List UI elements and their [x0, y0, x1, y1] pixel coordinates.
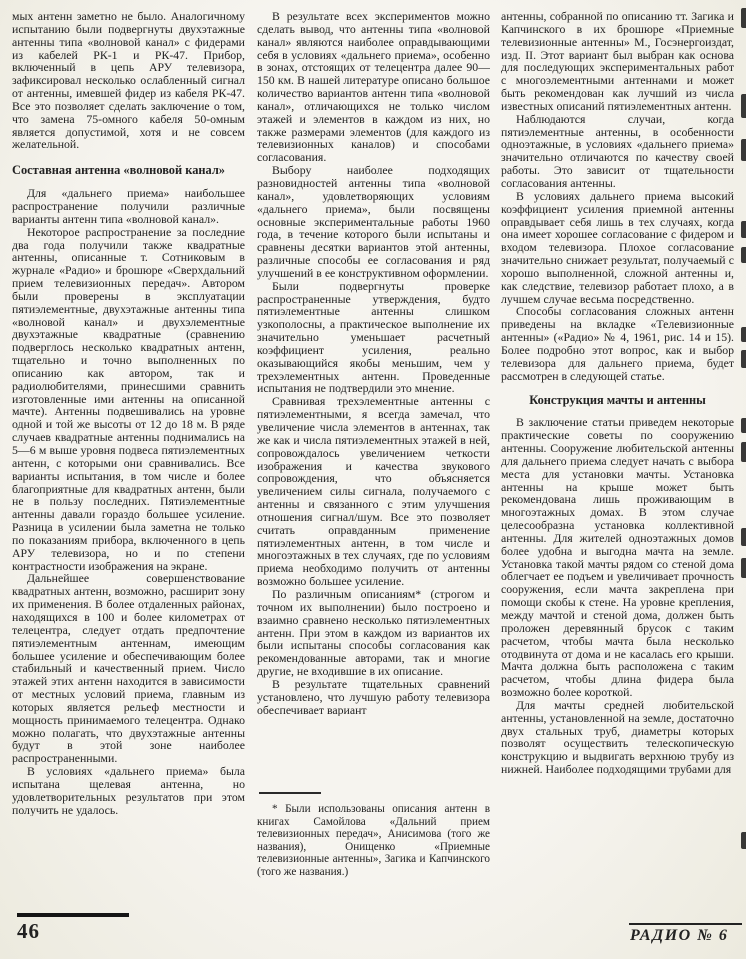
paragraph: В результате тщательных сравнений устано…	[257, 678, 490, 717]
paragraph: антенны, собранной по описанию тт. Загик…	[501, 10, 734, 113]
paragraph: Для «дальнего приема» наибольшее распрос…	[12, 187, 245, 226]
paragraph: В условиях дальнего приема высокий коэфф…	[501, 190, 734, 306]
paragraph: мых антенн заметно не было. Аналогичному…	[12, 10, 245, 151]
paragraph: Дальнейшее совершенствование квадратных …	[12, 572, 245, 765]
paragraph: Выбору наиболее подходящих разновидносте…	[257, 164, 490, 280]
paragraph: Сравнивая трехэлементные антенны с пятиэ…	[257, 395, 490, 588]
page-number: 46	[17, 919, 40, 944]
column-3: антенны, собранной по описанию тт. Загик…	[501, 10, 734, 776]
scan-artifact	[741, 8, 746, 28]
magazine-page: мых антенн заметно не было. Аналогичному…	[0, 0, 746, 959]
column-2: В результате всех экспериментов можно сд…	[257, 10, 490, 716]
footnote-text: * Были использованы описания антенн в кн…	[257, 803, 490, 878]
paragraph: По различным описаниям* (строгом и точно…	[257, 588, 490, 678]
paragraph: В заключение статьи приведем некоторые п…	[501, 416, 734, 699]
scan-artifact	[741, 94, 746, 118]
journal-imprint-rule	[629, 923, 742, 925]
paragraph: Были подвергнуты проверке распространенн…	[257, 280, 490, 396]
paragraph: Для мачты средней любительской антенны, …	[501, 699, 734, 776]
scan-artifact	[741, 350, 746, 368]
scan-artifact	[741, 327, 746, 342]
paragraph: В результате всех экспериментов можно сд…	[257, 10, 490, 164]
paragraph: Способы согласования сложных антенн прив…	[501, 305, 734, 382]
footnote-block: * Были использованы описания антенн в кн…	[257, 792, 490, 878]
scan-artifact	[741, 528, 746, 546]
section-heading-mast-construction: Конструкция мачты и антенны	[501, 394, 734, 407]
scan-artifact	[741, 558, 746, 578]
paragraph: Некоторое распространение за последние д…	[12, 226, 245, 573]
paragraph: В условиях «дальнего приема» была испыта…	[12, 765, 245, 816]
scan-artifact	[741, 418, 746, 433]
scan-artifact	[741, 139, 746, 161]
section-heading-composite-antenna: Составная антенна «волновой канал»	[12, 164, 245, 177]
column-1: мых антенн заметно не было. Аналогичному…	[12, 10, 245, 816]
scan-artifact	[741, 832, 746, 849]
paragraph: Наблюдаются случаи, когда пятиэлементные…	[501, 113, 734, 190]
scan-artifact	[741, 221, 746, 238]
scan-artifact	[741, 442, 746, 462]
page-number-rule	[17, 913, 129, 917]
scan-artifact	[741, 247, 746, 263]
journal-imprint: РАДИО № 6	[630, 927, 728, 945]
footnote-rule	[259, 792, 321, 794]
